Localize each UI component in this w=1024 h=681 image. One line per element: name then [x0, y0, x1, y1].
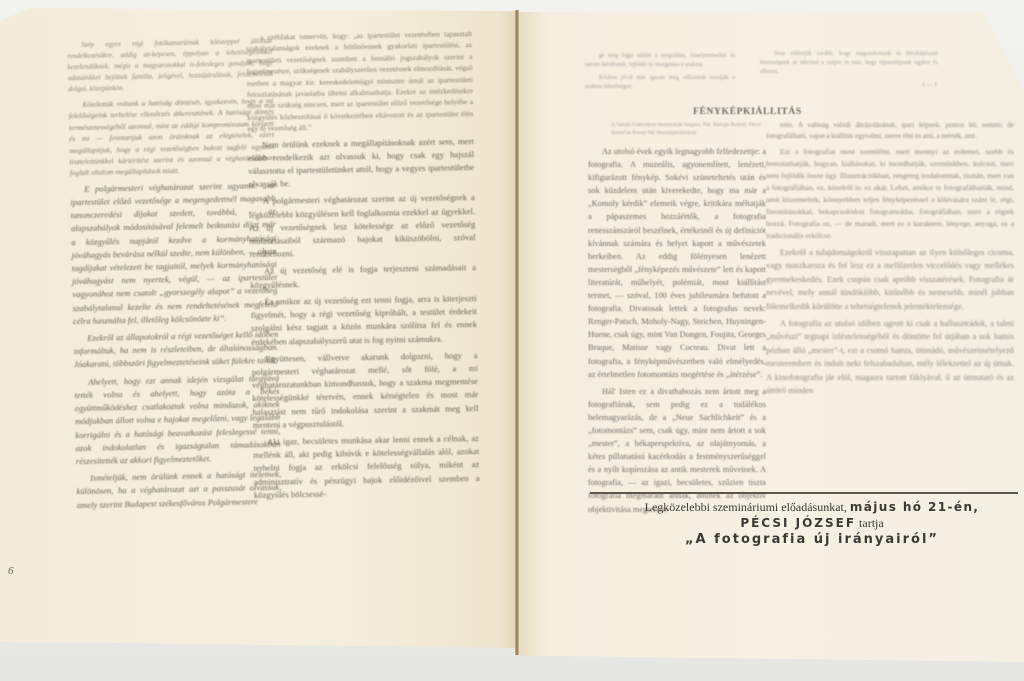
announcement-intro: Legközelebbi szemináriumi előadásunkat,: [645, 500, 847, 514]
announcement-topic: „A fotografia új irányairól”: [592, 532, 1024, 547]
paragraph: Közben jóval más igazán még vállalniuk s…: [585, 74, 735, 92]
signature: I. — I.: [760, 81, 938, 90]
paragraph: Köteleztük voltunk a hatóság döntését, i…: [68, 95, 275, 179]
paragraph: A polgármesteri véghatározat szerint az …: [249, 192, 476, 262]
announcement-date: május hó 21-én,: [850, 500, 979, 514]
page-number: 6: [8, 565, 14, 577]
paragraph: E polgármesteri véghatározat szerint ugy…: [70, 179, 278, 328]
paragraph: tette. A valóság valódi ábrázolásának, i…: [766, 120, 1014, 142]
paragraph: A fotografia az utolsó időben ugrott ki …: [766, 317, 1014, 397]
paragraph: Nem süthetjük tovább, hogy megszokottunk…: [760, 50, 938, 77]
spine-gutter: [515, 10, 519, 655]
article-column-1: Az utolsó évek egyik legnagyobb felfedez…: [588, 145, 766, 520]
paragraph: a czéhlakat ismervén, hogy: „az ipartest…: [246, 28, 474, 135]
article-subtitle: A Tamás Galériában bemutatták Angelo, Pá…: [611, 121, 761, 137]
paragraph: Nem örülünk ezeknek a megállapításoknak …: [248, 135, 475, 192]
paragraph: Együttesen, vállvetve akarunk dolgozni, …: [251, 349, 478, 432]
announcement-verb: tartja: [859, 516, 884, 530]
top-snippet-right: Nem süthetjük tovább, hogy megszokottunk…: [760, 50, 938, 90]
paragraph: Szép egyes régi fotókamaráinak kötszeppe…: [67, 36, 273, 95]
article-column-2: tette. A valóság valódi ábrázolásának, i…: [766, 120, 1014, 401]
paragraph: Az utolsó évek egyik legnagyobb felfedez…: [588, 145, 766, 381]
paragraph: ge meg fogja találni a megoldást. Amelyt…: [585, 52, 735, 70]
paragraph: Aki igaz, becsületes munkása akar lenni …: [253, 432, 480, 502]
paragraph: Ezekről a tulajdonságokról visszapattan …: [766, 246, 1014, 313]
article-title: FÉNYKÉPKIÁLLITÁS: [693, 106, 802, 117]
paragraph: Ahelyett, hogy ezt annak idején vizsgála…: [74, 372, 281, 469]
announcement-line-2: PÉCSI JÓZSEF tartja: [592, 516, 1024, 531]
announcement-speaker: PÉCSI JÓZSEF: [740, 516, 856, 530]
paragraph: Az új vezetőség elé is fogja terjeszteni…: [250, 262, 476, 292]
paragraph: És amikor az új vezetőség ezt tenni fogj…: [250, 292, 477, 349]
top-snippet-left: ge meg fogja találni a megoldást. Amelyt…: [585, 52, 735, 96]
paragraph: Ezekről az állapotokról a régi vezetőség…: [73, 328, 279, 372]
left-page-column-2: a czéhlakat ismervén, hogy: „az ipartest…: [246, 28, 480, 506]
paragraph: Hál' Isten ez a divathabozás nem ártott …: [588, 385, 766, 516]
seminar-announcement: Legközelebbi szemináriumi előadásunkat, …: [592, 500, 1024, 547]
announcement-divider: [590, 492, 1018, 494]
paragraph: Ismételjük, nem örülünk ennek a hatósági…: [76, 468, 282, 512]
announcement-line-1: Legközelebbi szemináriumi előadásunkat, …: [592, 500, 1024, 515]
paragraph: Ezt a fotografiai most szemlélni, mert m…: [766, 146, 1014, 242]
